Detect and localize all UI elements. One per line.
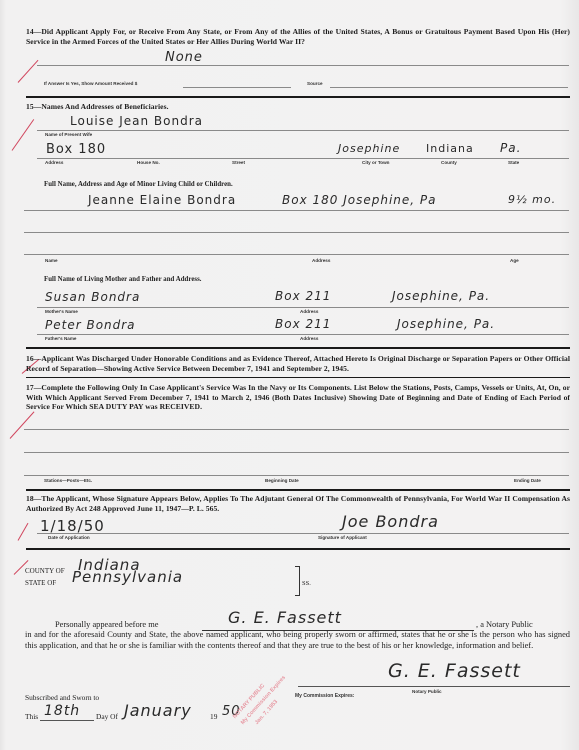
- check-mark-icon: [18, 523, 29, 541]
- caption-beginning-date: Beginning Date: [265, 478, 299, 483]
- day-of-label: Day Of: [96, 712, 118, 723]
- day-value[interactable]: 18th: [44, 703, 80, 719]
- q15-heading: 15—Names And Addresses of Beneficiaries.: [26, 102, 169, 112]
- caption-state: State: [508, 160, 519, 165]
- caption-city: City or Town: [362, 160, 389, 165]
- q18-line: [37, 533, 569, 534]
- child-address-value[interactable]: Box 180 Josephine, Pa: [282, 193, 437, 207]
- caption-child-age: Age: [510, 258, 519, 263]
- mother-name-value[interactable]: Susan Bondra: [45, 290, 140, 304]
- appeared-suffix: , a Notary Public: [476, 620, 533, 631]
- father-town-value[interactable]: Josephine, Pa.: [397, 317, 495, 331]
- mother-address-label: Address: [300, 309, 318, 314]
- wife-address-line: [37, 158, 569, 159]
- section-divider: [26, 489, 570, 491]
- caption-county: County: [441, 160, 457, 165]
- commission-expires-label: My Commission Expires:: [295, 693, 354, 699]
- section-divider: [26, 96, 570, 98]
- year-prefix: 19: [210, 712, 217, 723]
- children-heading: Full Name, Address and Age of Minor Livi…: [44, 180, 233, 190]
- child-line-2: [24, 232, 569, 233]
- notary-signature-line: [298, 686, 570, 687]
- applicant-signature[interactable]: Joe Bondra: [342, 512, 439, 531]
- q17-text: 17—Complete the Following Only In Case A…: [26, 383, 570, 412]
- section-divider: [26, 347, 570, 349]
- father-line: [37, 334, 569, 335]
- check-mark-icon: [12, 119, 35, 151]
- father-box-value[interactable]: Box 211: [275, 317, 331, 331]
- caption-child-name: Name: [45, 258, 58, 263]
- day-line: [40, 720, 94, 721]
- q14-source-field[interactable]: [330, 87, 568, 88]
- q14-source-label: Source: [307, 81, 323, 86]
- q14-amount-field[interactable]: [183, 87, 291, 88]
- county-label: COUNTY OF: [25, 566, 65, 577]
- this-label: This: [25, 712, 38, 723]
- wife-county-value[interactable]: Indiana: [426, 142, 474, 155]
- mother-box-value[interactable]: Box 211: [275, 289, 331, 303]
- subscribed-label: Subscribed and Sworn to: [25, 693, 99, 704]
- notary-public-label: Notary Public: [412, 689, 442, 694]
- wife-name-label: Name of Present Wife: [45, 132, 92, 137]
- notary-body: in and for the aforesaid County and Stat…: [25, 630, 570, 651]
- q14-answer[interactable]: None: [165, 50, 203, 65]
- check-mark-icon: [10, 411, 35, 438]
- mother-name-label: Mother's Name: [45, 309, 78, 314]
- bracket: [295, 566, 300, 596]
- wife-address-value[interactable]: Box 180: [46, 142, 106, 157]
- child-name-value[interactable]: Jeanne Elaine Bondra: [88, 193, 236, 207]
- q14-question: 14—Did Applicant Apply For, or Receive F…: [26, 27, 570, 46]
- document-page: 14—Did Applicant Apply For, or Receive F…: [0, 0, 579, 750]
- wife-name-value[interactable]: Louise Jean Bondra: [70, 114, 203, 128]
- q17-line-1[interactable]: [24, 429, 569, 430]
- q14-amount-label: If Answer Is Yes, Show Amount Received $: [44, 81, 137, 86]
- caption-child-address: Address: [312, 258, 330, 263]
- ss-label: SS.: [302, 579, 311, 590]
- appeared-prefix: Personally appeared before me: [55, 620, 158, 631]
- notary-signature[interactable]: G. E. Fassett: [388, 660, 521, 682]
- q16-text: 16—Applicant Was Discharged Under Honora…: [26, 354, 570, 373]
- check-mark-icon: [18, 60, 39, 83]
- month-value[interactable]: January: [124, 701, 192, 720]
- caption-street: Street: [232, 160, 245, 165]
- father-address-label: Address: [300, 336, 318, 341]
- mother-town-value[interactable]: Josephine, Pa.: [392, 289, 490, 303]
- mother-line: [37, 307, 569, 308]
- caption-address: Address: [45, 160, 63, 165]
- child-age-value[interactable]: 9½ mo.: [508, 193, 556, 206]
- q17-line-2[interactable]: [24, 452, 569, 453]
- wife-state-value[interactable]: Pa.: [500, 141, 521, 155]
- parents-heading: Full Name of Living Mother and Father an…: [44, 275, 202, 285]
- father-name-value[interactable]: Peter Bondra: [45, 318, 136, 332]
- state-value[interactable]: Pennsylvania: [72, 568, 183, 586]
- notary-name-value[interactable]: G. E. Fassett: [228, 608, 342, 627]
- q18-text: 18—The Applicant, Whose Signature Appear…: [26, 494, 570, 513]
- state-label: STATE OF: [25, 578, 56, 589]
- child-line-1: [24, 210, 569, 211]
- section-divider: [26, 377, 570, 378]
- section-divider: [26, 548, 570, 550]
- signature-of-applicant-label: Signature of Applicant: [318, 535, 367, 540]
- wife-name-line: [37, 130, 569, 131]
- caption-house-no: House No.: [137, 160, 160, 165]
- caption-ending-date: Ending Date: [514, 478, 541, 483]
- date-of-application-label: Date of Application: [48, 535, 90, 540]
- q14-answer-line: [37, 65, 569, 66]
- wife-city-value[interactable]: Josephine: [338, 142, 400, 155]
- caption-stations: Stations—Posts—Etc.: [44, 478, 92, 483]
- child-line-3: [24, 254, 569, 255]
- q17-line-3[interactable]: [24, 475, 569, 476]
- father-name-label: Father's Name: [45, 336, 76, 341]
